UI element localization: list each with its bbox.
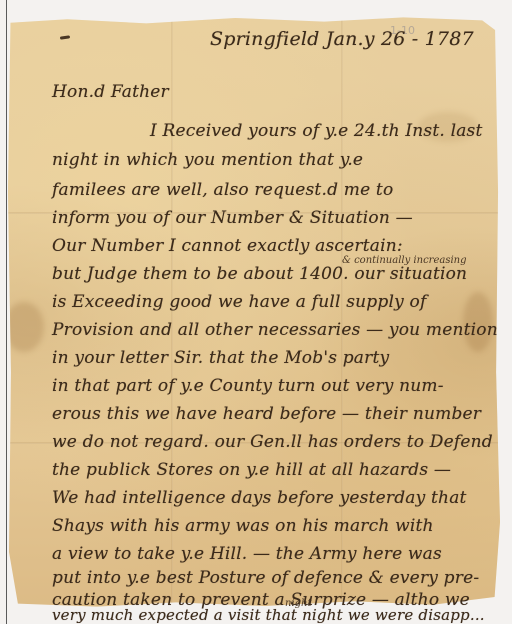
letter-line-2: night in which you mention that y.e (52, 150, 363, 170)
letter-line-4: inform you of our Number & Situation — (52, 208, 413, 228)
letter-line-13: the publick Stores on y.e hill at all ha… (52, 460, 451, 480)
letter-line-11: erous this we have heard before — their … (52, 404, 481, 424)
letter-line-17: put into y.e best Posture of defence & e… (52, 568, 479, 588)
letter-line-9: in your letter Sir. that the Mob's party (52, 348, 389, 368)
letter-line-8: Provision and all other necessaries — yo… (52, 320, 498, 340)
document-viewer: 1-10 Springfield Jan.y 26 - 1787 Hon.d F… (0, 0, 512, 624)
letter-line-3: familees are well, also request.d me to (52, 180, 393, 200)
viewer-edge-rule (6, 0, 7, 624)
letter-salutation: Hon.d Father (52, 82, 169, 102)
paper-stain (4, 302, 44, 352)
letter-line-7: is Exceeding good we have a full supply … (52, 292, 426, 312)
letter-dateline: Springfield Jan.y 26 - 1787 (210, 28, 474, 50)
letter-line-16: a view to take y.e Hill. — the Army here… (52, 544, 442, 564)
letter-line-19: very much expected a visit that night we… (52, 606, 485, 624)
letter-line-10: in that part of y.e County turn out very… (52, 376, 444, 396)
letter-line-5: Our Number I cannot exactly ascertain: (52, 236, 403, 256)
letter-line-15: Shays with his army was on his march wit… (52, 516, 434, 536)
letter-line-14: We had intelligence days before yesterda… (52, 488, 467, 508)
letter-line-1: I Received yours of y.e 24.th Inst. last (150, 121, 483, 141)
letter-line-12: we do not regard. our Gen.ll has orders … (52, 432, 493, 452)
letter-line-6: but Judge them to be about 1400. our sit… (52, 264, 467, 284)
